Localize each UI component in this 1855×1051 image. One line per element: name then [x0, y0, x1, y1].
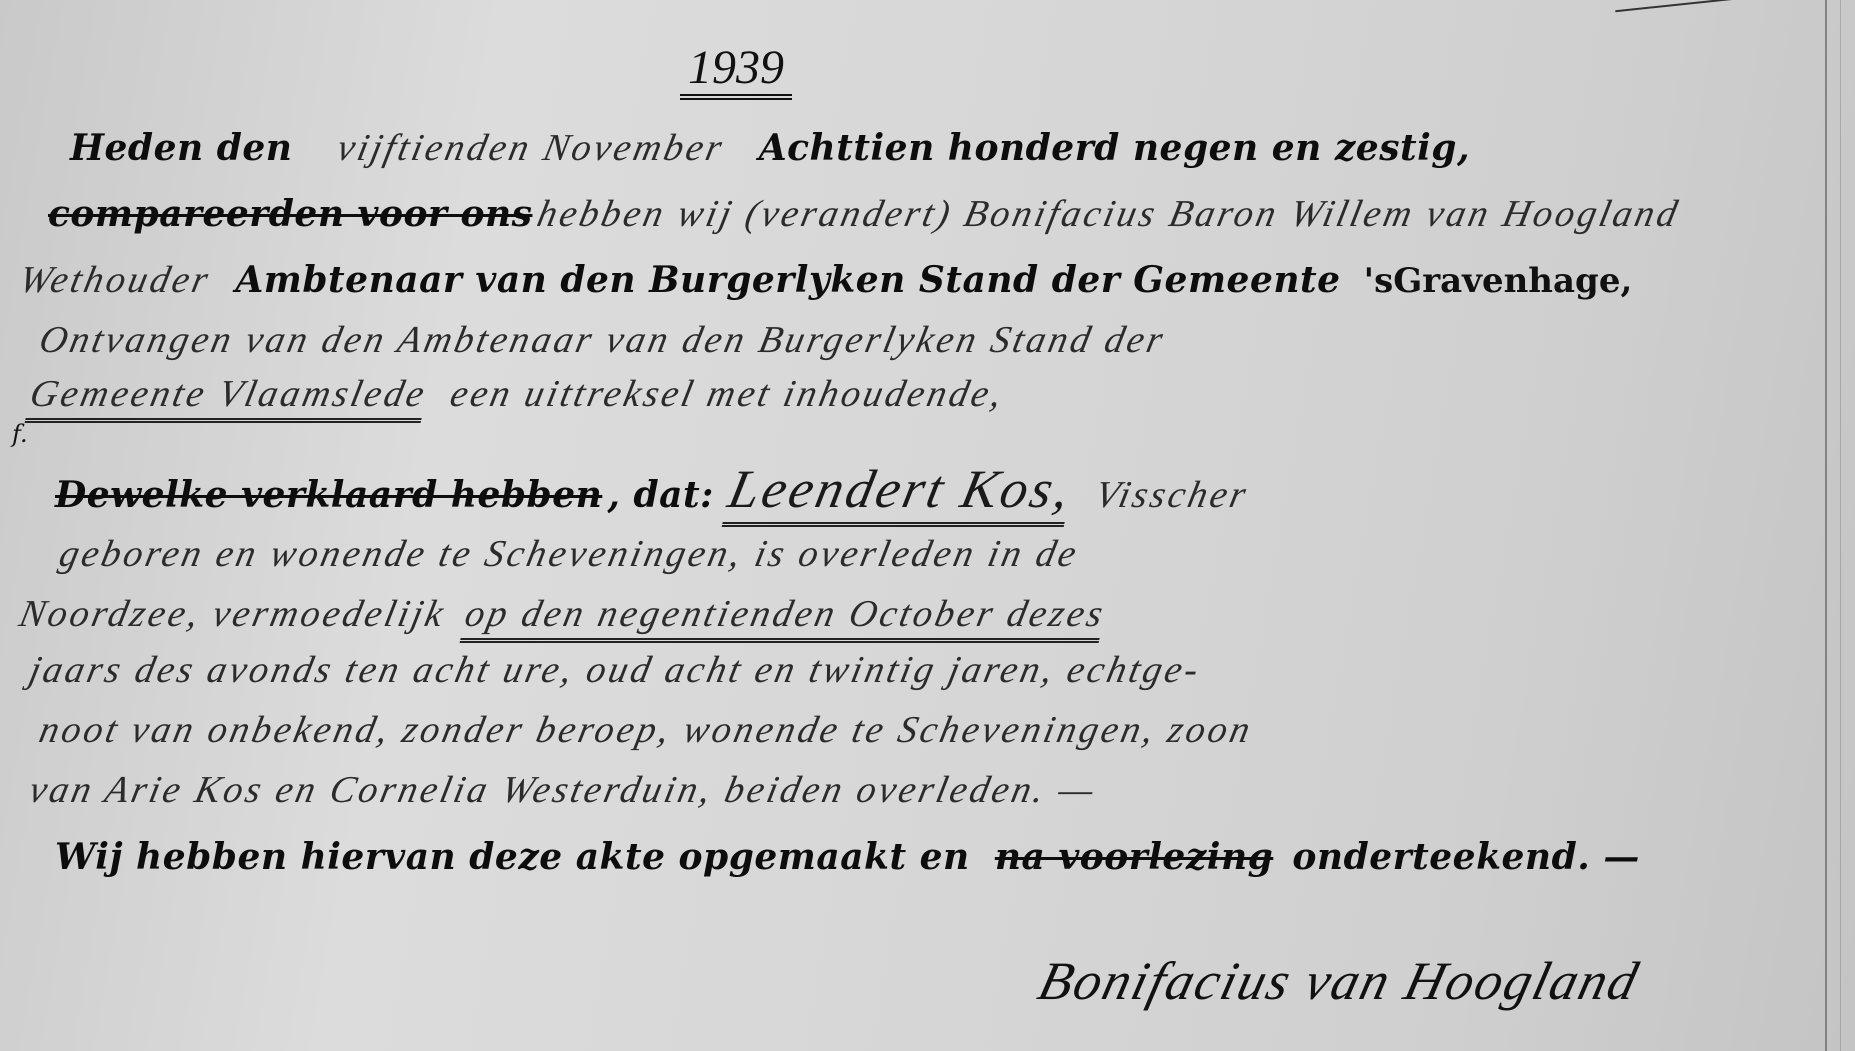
margin-mark: f. — [12, 420, 28, 448]
printed-text: Achttien honderd negen en zestig, — [759, 127, 1470, 169]
handwritten-text: geboren en wonende te Scheveningen, is o… — [55, 532, 1083, 576]
struck-text: Dewelke verklaard hebben — [55, 474, 602, 516]
printed-text: Ambtenaar van den Burgerlyken Stand der … — [235, 259, 1340, 301]
handwritten-date: vijftienden November — [333, 126, 728, 170]
handwritten-occupation: Visscher — [1091, 473, 1252, 517]
printed-text: , dat: — [607, 474, 713, 516]
printed-place: 'sGravenhage, — [1364, 261, 1633, 301]
handwritten-text: jaars des avonds ten acht ure, oud acht … — [25, 648, 1205, 692]
signature-text: Bonifacius van Hoogland — [1032, 950, 1645, 1012]
deceased-name: Leendert Kos, — [722, 458, 1079, 527]
handwritten-text: noot van onbekend, zonder beroep, wonend… — [35, 708, 1257, 752]
handwritten-text: Wethouder — [15, 258, 215, 302]
handwritten-text: een uittreksel met inhoudende, — [446, 372, 1008, 416]
line-5: Gemeente Vlaamslede een uittreksel met i… — [30, 372, 1004, 423]
line-4: Ontvangen van den Ambtenaar van den Burg… — [40, 318, 1165, 362]
printed-text: Wij hebben hiervan deze akte opgemaakt e… — [55, 836, 970, 878]
line-1: Heden den vijftienden November Achttien … — [70, 126, 1470, 170]
signature: Bonifacius van Hoogland — [1040, 950, 1638, 1012]
line-8: Noordzee, vermoedelijk op den negentiend… — [20, 592, 1104, 643]
line-7: geboren en wonende te Scheveningen, is o… — [60, 532, 1078, 576]
line-10: noot van onbekend, zonder beroep, wonend… — [40, 708, 1252, 752]
struck-text: na voorlezing — [995, 836, 1274, 878]
page-edge-line — [1825, 0, 1827, 1051]
printed-text: Heden den — [70, 127, 292, 169]
handwritten-text: hebben wij (verandert) Bonifacius Baron … — [533, 192, 1684, 236]
ink-stroke — [1615, 0, 1735, 12]
line-2: compareerden voor ons hebben wij (verand… — [48, 192, 1679, 236]
line-12: Wij hebben hiervan deze akte opgemaakt e… — [55, 836, 1640, 878]
handwritten-text: van Arie Kos en Cornelia Westerduin, bei… — [25, 768, 1100, 812]
page-edge-line-2 — [1840, 0, 1841, 1051]
handwritten-underlined: Gemeente Vlaamslede — [25, 372, 432, 423]
line-11: van Arie Kos en Cornelia Westerduin, bei… — [30, 768, 1096, 812]
record-number: 1939 — [680, 40, 792, 95]
handwritten-underlined: op den negentienden October dezes — [459, 592, 1109, 643]
line-9: jaars des avonds ten acht ure, oud acht … — [30, 648, 1201, 692]
line-6: Dewelke verklaard hebben , dat: Leendert… — [55, 458, 1248, 527]
line-3: Wethouder Ambtenaar van den Burgerlyken … — [20, 258, 1632, 302]
document-page: 1939 Heden den vijftienden November Acht… — [0, 0, 1855, 1051]
handwritten-text: Noordzee, vermoedelijk — [15, 592, 450, 636]
printed-text: onderteekend. — — [1292, 836, 1639, 878]
struck-text: compareerden voor ons — [48, 193, 532, 235]
handwritten-text: Ontvangen van den Ambtenaar van den Burg… — [35, 318, 1169, 362]
